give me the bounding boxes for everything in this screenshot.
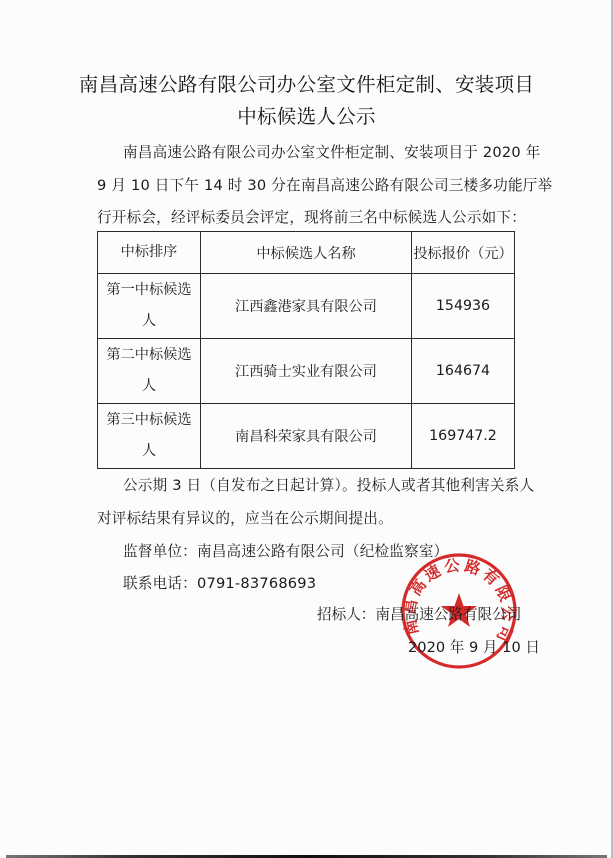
date-line: 2020 年 9 月 10 日 <box>408 636 540 657</box>
header-candidate-name: 中标候选人名称 <box>201 232 412 274</box>
rank-cell: 第一中标候选人 <box>101 275 197 337</box>
table-row: 第一中标候选人 江西鑫港家具有限公司 154936 <box>98 274 515 339</box>
intro-line-3: 行开标会，经评标委员会评定，现将前三名中标候选人公示如下： <box>97 206 526 227</box>
table-header-row: 中标排序 中标候选人名称 投标报价（元） <box>98 232 515 274</box>
notice-line-2: 对评标结果有异议的，应当在公示期间提出。 <box>97 507 393 528</box>
intro-line-2: 9 月 10 日下午 14 时 30 分在南昌高速公路有限公司三楼多功能厅举 <box>97 174 552 195</box>
candidate-table: 中标排序 中标候选人名称 投标报价（元） 第一中标候选人 江西鑫港家具有限公司 … <box>97 231 515 469</box>
rank-cell: 第三中标候选人 <box>101 405 197 467</box>
document-title-line-1: 南昌高速公路有限公司办公室文件柜定制、安装项目 <box>0 69 613 97</box>
candidate-name-cell: 江西鑫港家具有限公司 <box>201 274 412 339</box>
table-row: 第三中标候选人 南昌科荣家具有限公司 169747.2 <box>98 404 515 469</box>
header-bid-price: 投标报价（元） <box>412 232 515 274</box>
bid-price-cell: 164674 <box>412 339 515 404</box>
candidate-name-cell: 南昌科荣家具有限公司 <box>201 404 412 469</box>
bid-price-cell: 169747.2 <box>412 404 515 469</box>
header-rank: 中标排序 <box>98 232 201 274</box>
rank-cell: 第二中标候选人 <box>101 340 197 402</box>
intro-line-1: 南昌高速公路有限公司办公室文件柜定制、安装项目于 2020 年 <box>123 141 540 162</box>
notice-line-1: 公示期 3 日（自发布之日起计算）。投标人或者其他利害关系人 <box>123 474 534 495</box>
candidate-name-cell: 江西骑士实业有限公司 <box>201 339 412 404</box>
tenderer-line: 招标人：南昌高速公路有限公司 <box>317 603 521 624</box>
table-row: 第二中标候选人 江西骑士实业有限公司 164674 <box>98 339 515 404</box>
document-title-line-2: 中标候选人公示 <box>0 101 613 129</box>
contact-phone-line: 联系电话：0791-83768693 <box>123 572 316 593</box>
bid-price-cell: 154936 <box>412 274 515 339</box>
